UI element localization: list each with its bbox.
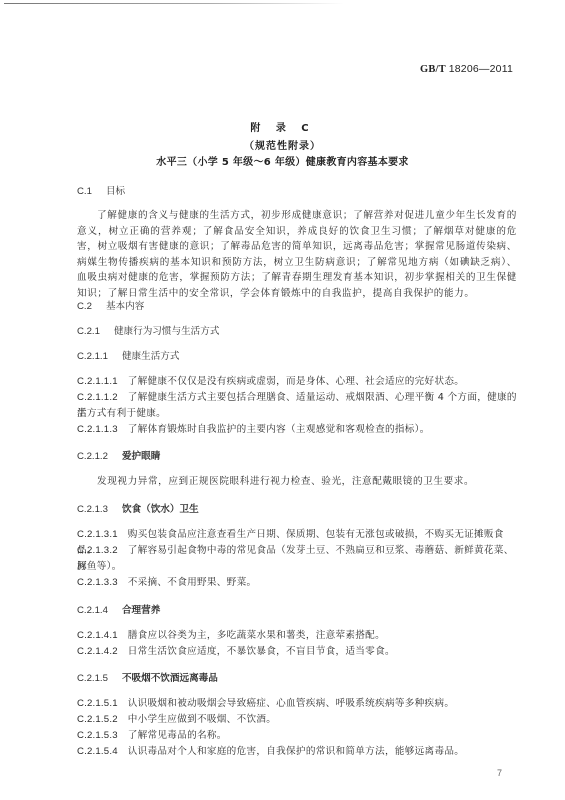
item-code: C.2.1.5.3 (77, 730, 118, 741)
section-title: 合理营养 (122, 605, 160, 616)
item-text-continuation: 豚鱼等）。 (77, 561, 122, 572)
section-c212-paragraph: 发现视力异常，应到正规医院眼科进行视力检查、验光，注意配戴眼镜的卫生要求。 (77, 474, 517, 490)
section-code: C.1 (77, 186, 92, 197)
section-heading-c2: C.2基本内容 (77, 298, 144, 312)
section-c1-paragraph: 了解健康的含义与健康的生活方式，初步形成健康意识；了解营养对促进儿童少年生长发育… (77, 208, 517, 301)
section-title: 基本内容 (106, 301, 144, 312)
list-item-continuation: 豚鱼等）。 (77, 559, 517, 575)
item-code: C.2.1.1.2 (77, 392, 118, 403)
annex-title: 附 录 C (0, 119, 565, 134)
item-code: C.2.1.1.1 (77, 376, 118, 387)
section-heading-c211: C.2.1.1健康生活方式 (77, 348, 180, 362)
item-text: 膳食应以谷类为主，多吃蔬菜水果和薯类，注意荤素搭配。 (128, 630, 385, 641)
list-item-continuation: 活方式有利于健康。 (77, 406, 517, 422)
section-title: 目标 (106, 186, 125, 197)
page-number: 7 (497, 768, 502, 778)
item-code: C.2.1.5.2 (77, 714, 118, 725)
section-title: 健康行为习惯与生活方式 (114, 326, 220, 337)
section-title: 不吸烟不饮酒远离毒品 (122, 673, 218, 684)
item-code: C.2.1.4.2 (77, 646, 118, 657)
section-heading-c1: C.1目标 (77, 183, 125, 197)
scan-top-rule (4, 3, 344, 4)
section-title: 健康生活方式 (122, 351, 180, 362)
section-code: C.2.1 (77, 326, 100, 337)
list-item: C.2.1.3.3不采摘、不食用野果、野菜。 (77, 575, 517, 591)
standard-code: GB/T 18206—2011 (420, 63, 513, 75)
annex-heading: 水平三（小学 5 年级～6 年级）健康教育内容基本要求 (0, 153, 565, 168)
list-item: C.2.1.4.2日常生活饮食应适度，不暴饮暴食，不盲目节食，适当零食。 (77, 644, 517, 660)
section-code: C.2.1.3 (77, 504, 108, 515)
list-item: C.2.1.1.3了解体育锻炼时自我监护的主要内容（主观感觉和客观检查的指标）。 (77, 422, 517, 438)
annex-subtitle: （规范性附录） (0, 137, 565, 152)
item-code: C.2.1.3.2 (77, 545, 118, 556)
section-heading-c21: C.2.1健康行为习惯与生活方式 (77, 323, 219, 337)
standard-prefix: GB/T (420, 64, 446, 75)
list-item: C.2.1.5.4认识毒品对个人和家庭的危害，自我保护的常识和简单方法，能够远离… (77, 744, 517, 760)
item-text-continuation: 活方式有利于健康。 (77, 408, 166, 419)
item-text: 不采摘、不食用野果、野菜。 (128, 577, 257, 588)
section-title: 饮食（饮水）卫生 (122, 504, 199, 515)
item-text: 了解体育锻炼时自我监护的主要内容（主观感觉和客观检查的指标）。 (128, 424, 430, 435)
item-text: 认识毒品对个人和家庭的危害，自我保护的常识和简单方法，能够远离毒品。 (128, 746, 464, 757)
section-code: C.2.1.5 (77, 673, 108, 684)
list-item: C.2.1.5.1认识吸烟和被动吸烟会导致癌症、心血管疾病、呼吸系统疾病等多种疾… (77, 696, 517, 712)
section-heading-c215: C.2.1.5不吸烟不饮酒远离毒品 (77, 670, 218, 684)
item-text: 日常生活饮食应适度，不暴饮暴食，不盲目节食，适当零食。 (128, 646, 395, 657)
item-code: C.2.1.3.3 (77, 577, 118, 588)
section-code: C.2.1.1 (77, 351, 108, 362)
section-code: C.2 (77, 301, 92, 312)
list-item: C.2.1.5.3了解常见毒品的名称。 (77, 728, 517, 744)
item-code: C.2.1.4.1 (77, 630, 118, 641)
item-code: C.2.1.3.1 (77, 529, 118, 540)
item-text: 了解常见毒品的名称。 (128, 730, 227, 741)
item-code: C.2.1.1.3 (77, 424, 118, 435)
standard-number: 18206—2011 (449, 63, 513, 75)
section-code: C.2.1.4 (77, 605, 108, 616)
list-item: C.2.1.5.2中小学生应做到不吸烟、不饮酒。 (77, 712, 517, 728)
list-item: C.2.1.4.1膳食应以谷类为主，多吃蔬菜水果和薯类，注意荤素搭配。 (77, 628, 517, 644)
section-heading-c214: C.2.1.4合理营养 (77, 602, 160, 616)
section-code: C.2.1.2 (77, 451, 108, 462)
section-heading-c213: C.2.1.3饮食（饮水）卫生 (77, 501, 199, 515)
section-title: 爱护眼睛 (122, 451, 160, 462)
item-code: C.2.1.5.4 (77, 746, 118, 757)
section-heading-c212: C.2.1.2爱护眼睛 (77, 448, 160, 462)
item-code: C.2.1.5.1 (77, 698, 118, 709)
list-item: C.2.1.1.1了解健康不仅仅是没有疾病或虚弱，而是身体、心理、社会适应的完好… (77, 374, 517, 390)
item-text: 中小学生应做到不吸烟、不饮酒。 (128, 714, 276, 725)
item-text: 了解健康不仅仅是没有疾病或虚弱，而是身体、心理、社会适应的完好状态。 (128, 376, 464, 387)
item-text: 认识吸烟和被动吸烟会导致癌症、心血管疾病、呼吸系统疾病等多种疾病。 (128, 698, 455, 709)
